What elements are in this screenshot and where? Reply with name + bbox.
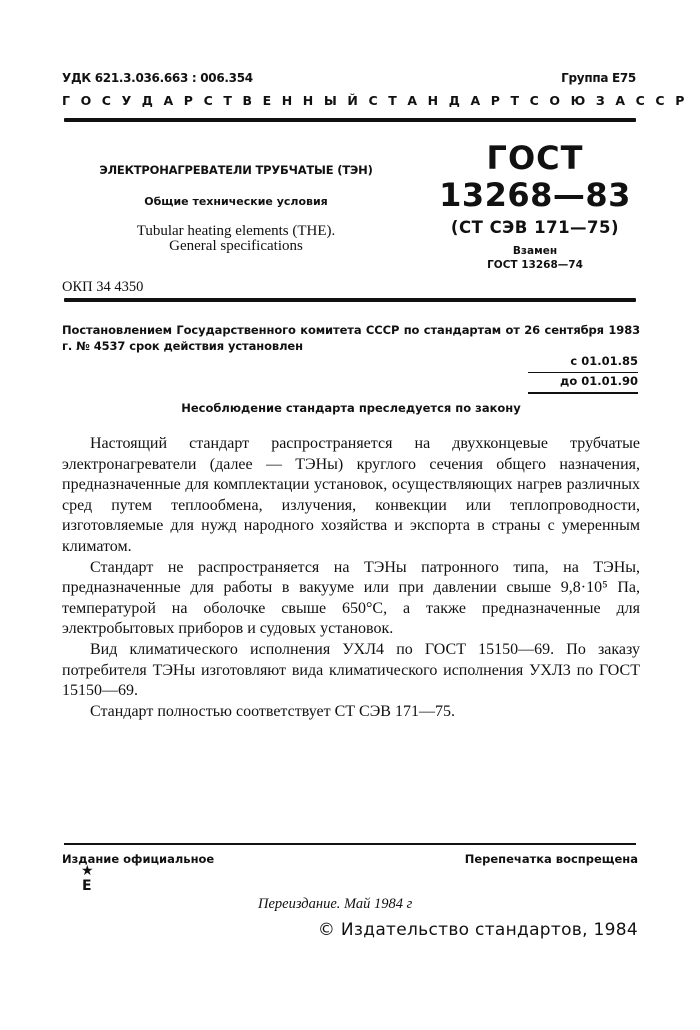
star-icon: ★ [81,864,94,878]
group-code: Группа Е75 [561,71,636,85]
udk-code: УДК 621.3.036.663 : 006.354 [62,71,253,85]
footer-rule [64,843,636,845]
e-mark: Е [82,878,92,894]
gost-number: 13268—83 [420,177,650,213]
okp-code: ОКП 34 4350 [62,279,143,296]
paragraph: Стандарт не распространяется на ТЭНы пат… [62,558,640,640]
validity-dates: с 01.01.85 до 01.01.90 [528,353,638,394]
english-title-line-2: General specifications [62,239,410,254]
decree-text: Постановлением Государственного комитета… [62,322,640,354]
state-standard-heading: ГОСУДАРСТВЕННЫЙ СТАНДАРТ СОЮЗА ССР [62,93,636,108]
state-standard-word: СТАНДАРТ [368,93,529,108]
date-to: до 01.01.90 [528,373,638,394]
document-title: ЭЛЕКТРОНАГРЕВАТЕЛИ ТРУБЧАТЫЕ (ТЭН) [62,163,410,177]
sev-number: (СТ СЭВ 171—75) [420,217,650,239]
reprint-prohibited: Перепечатка воспрещена [465,852,638,866]
state-standard-word: СОЮЗА [530,93,636,108]
legal-notice: Несоблюдение стандарта преследуется по з… [62,401,640,415]
replaced-gost: ГОСТ 13268—74 [420,258,650,272]
state-standard-word: ССР [636,93,695,108]
gost-block: ГОСТ 13268—83 (СТ СЭВ 171—75) Взамен ГОС… [420,140,650,272]
header-rule [64,118,636,122]
replaced-label: Взамен [420,244,650,258]
state-standard-word: ГОСУДАРСТВЕННЫЙ [62,93,368,108]
document-subtitle: Общие технические условия [62,195,410,208]
title-rule [64,298,636,302]
english-title-line-1: Tubular heating elements (THE). [62,224,410,239]
gost-label: ГОСТ [420,140,650,176]
paragraph: Стандарт полностью соответствует СТ СЭВ … [62,702,640,723]
body-text: Настоящий стандарт распространяется на д… [62,434,640,722]
copyright: © Издательство стандартов, 1984 [318,920,638,940]
paragraph: Вид климатического исполнения УХЛ4 по ГО… [62,640,640,702]
date-from: с 01.01.85 [528,353,638,373]
reissue-note: Переиздание. Май 1984 г [258,896,412,913]
paragraph: Настоящий стандарт распространяется на д… [62,434,640,558]
english-title: Tubular heating elements (THE). General … [62,224,410,254]
